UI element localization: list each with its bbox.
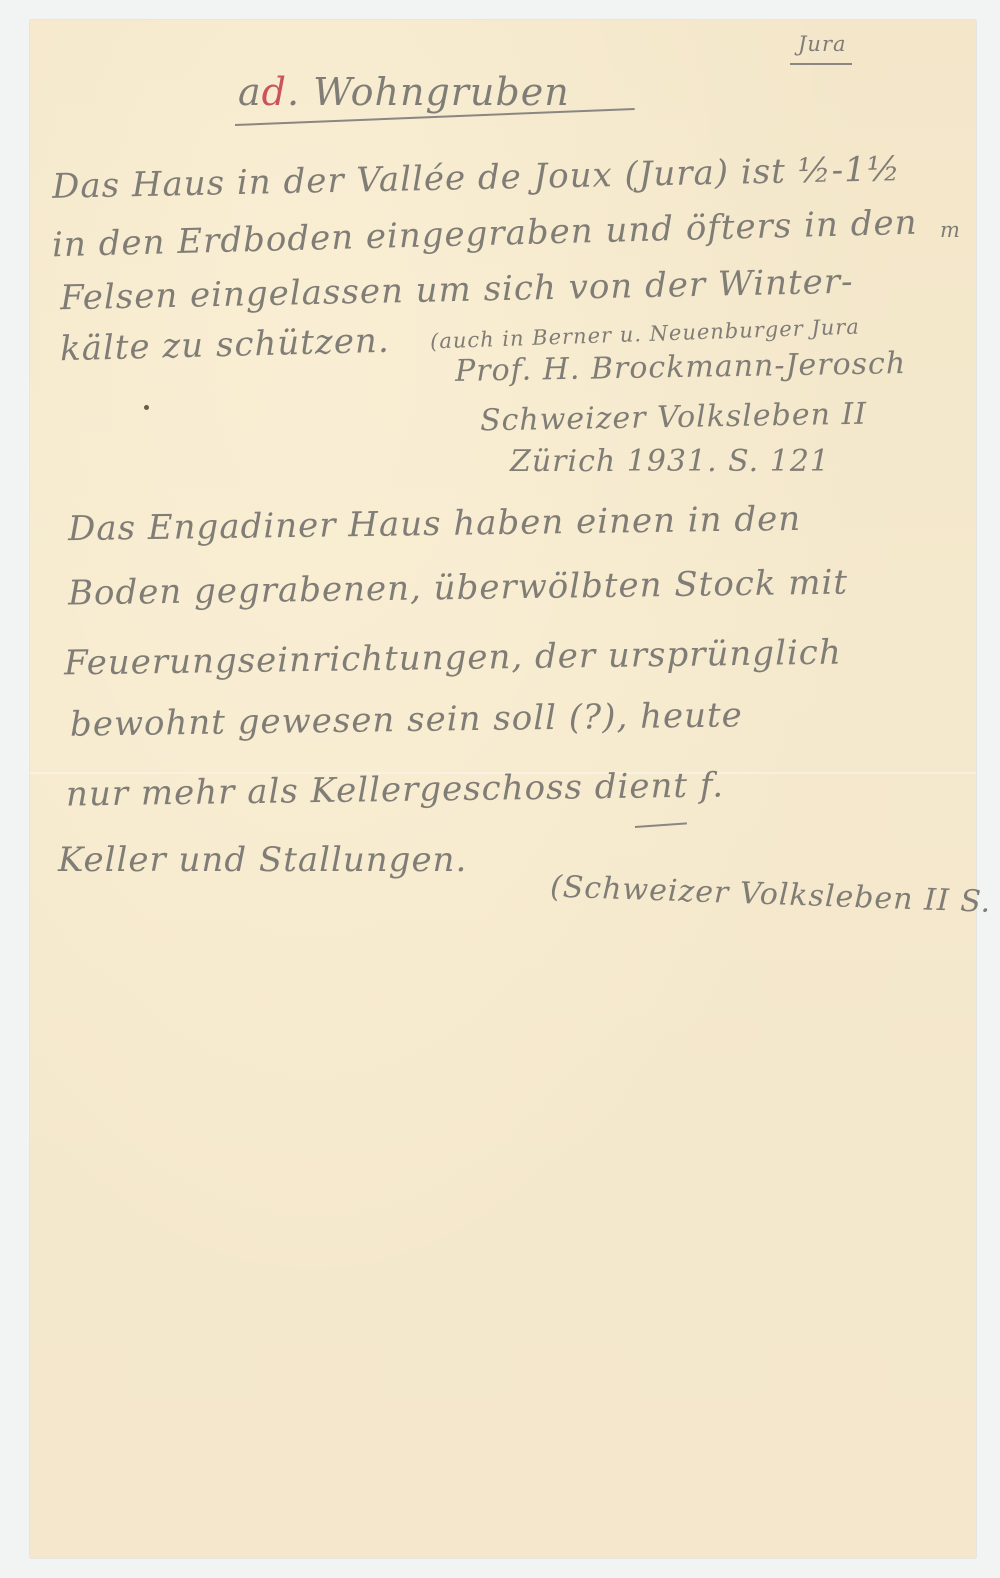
paper-sheet: Jura ad. Wohngruben Das Haus in der Vall… [30,20,976,1558]
paragraph2-line5: nur mehr als Kellergeschoss dient f. [66,765,725,814]
paragraph2-line3: Feuerungseinrichtungen, der ursprünglich [64,633,842,684]
separator-dash [635,822,687,827]
corner-note: Jura [798,32,847,56]
paragraph2-line1: Das Engadiner Haus haben einen in den [68,499,802,549]
citation1-work: Schweizer Volksleben II [480,397,868,439]
paragraph1-line2: in den Erdboden eingegraben und öfters i… [52,203,918,266]
paragraph1-line1: Das Haus in der Vallée de Joux (Jura) is… [52,149,901,207]
corner-note-underline [790,63,852,65]
citation1-place-year-page: Zürich 1931. S. 121 [510,444,830,479]
citation2: (Schweizer Volksleben II S. 99 [550,869,1000,921]
paragraph1-line4: kälte zu schützen. [60,321,391,370]
title-text: . Wohngruben [287,70,570,114]
citation1-author: Prof. H. Brockmann-Jerosch [455,346,907,389]
title-prefix-red-mark: d [262,70,287,114]
title-prefix: a [238,70,262,114]
document-title: ad. Wohngruben [238,70,570,114]
ink-dot [144,405,149,410]
paragraph2-line2: Boden gegrabenen, überwölbten Stock mit [68,563,849,614]
paragraph2-line4: bewohnt gewesen sein soll (?), heute [70,695,743,744]
paragraph2-line6: Keller und Stallungen. [58,840,467,880]
paragraph1-line3: Felsen eingelassen um sich von der Winte… [60,262,854,319]
margin-note: m [940,218,961,242]
